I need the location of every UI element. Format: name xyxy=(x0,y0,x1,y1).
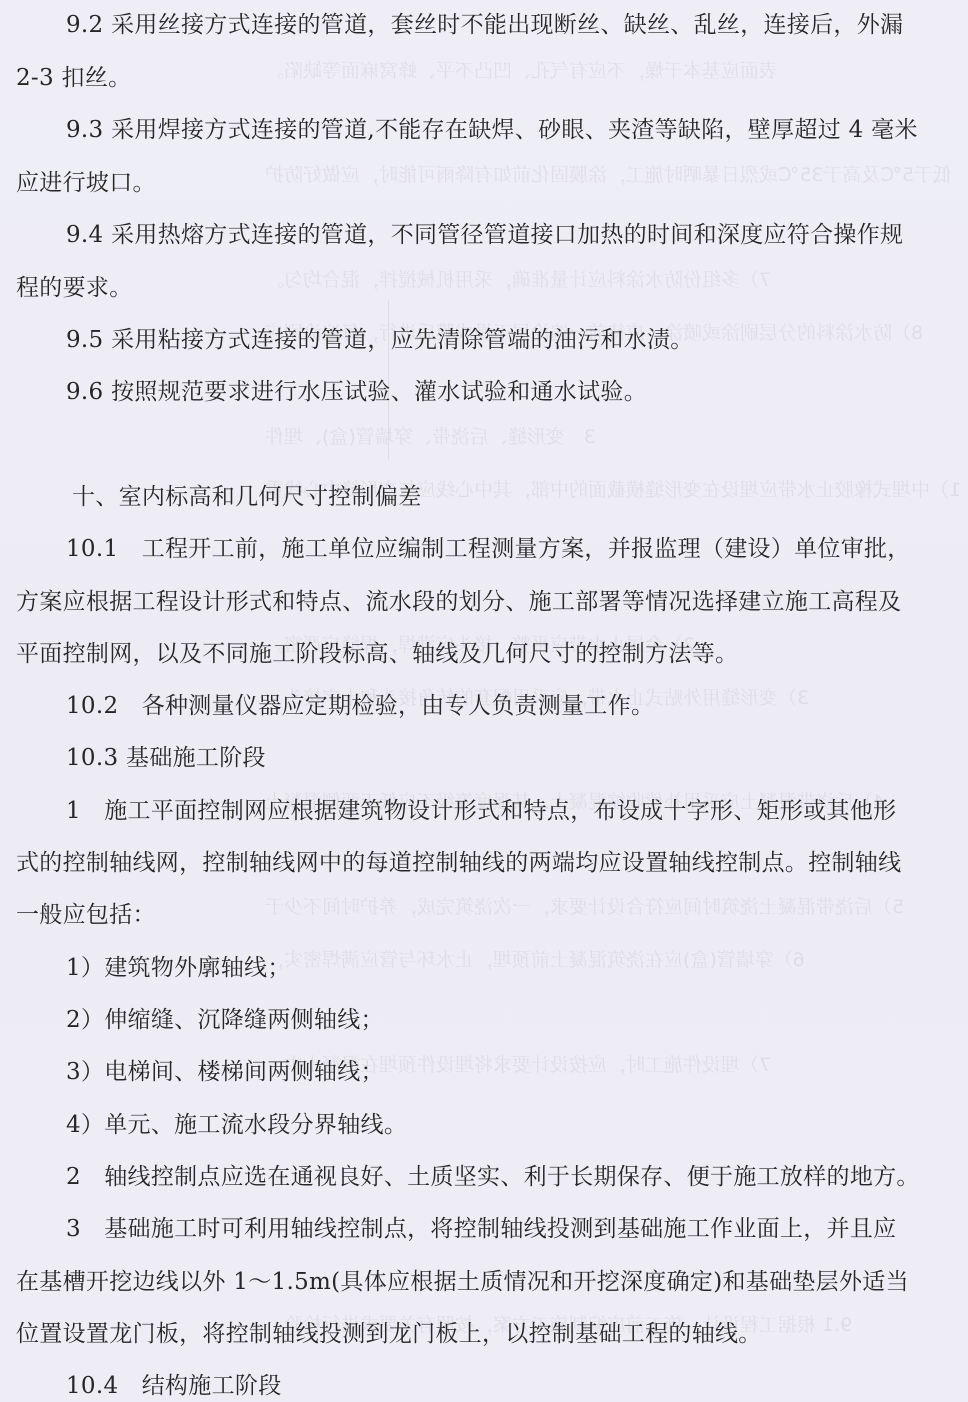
paragraph-line: 9.6 按照规范要求进行水压试验、灌水试验和通水试验。 xyxy=(66,377,647,407)
paragraph-line: 3 基础施工时可利用轴线控制点，将控制轴线投测到基础施工作业面上，并且应 xyxy=(66,1214,896,1244)
paragraph-line: 10.3 基础施工阶段 xyxy=(66,743,266,773)
paragraph-line: 10.2 各种测量仪器应定期检验，由专人负责测量工作。 xyxy=(66,691,654,721)
scanned-document-page: 表面应基本干燥，不应有气孔、凹凸不平、蜂窝麻面等缺陷。低于5℃及高于35℃或烈日… xyxy=(0,0,968,1402)
paragraph-line: 1）建筑物外廓轴线； xyxy=(66,953,291,983)
show-through-text: 表面应基本干燥，不应有气孔、凹凸不平、蜂窝麻面等缺陷。 xyxy=(265,56,778,83)
show-through-text: 7）多组份防水涂料应计量准确，采用机械搅拌，混合均匀。 xyxy=(265,265,771,292)
paragraph-line: 4）单元、施工流水段分界轴线。 xyxy=(66,1110,407,1140)
paragraph-line: 程的要求。 xyxy=(16,273,133,303)
paragraph-line: 9.4 采用热熔方式连接的管道，不同管径管道接口加热的时间和深度应符合操作规 xyxy=(66,220,903,250)
paragraph-line: 10.1 工程开工前，施工单位应编制工程测量方案，并报监理（建设）单位审批， xyxy=(66,534,911,564)
show-through-text: 5）后浇带混凝土浇筑时间应符合设计要求，一次浇筑完成，养护时间不少于 xyxy=(265,892,904,919)
paragraph-line: 式的控制轴线网，控制轴线网中的每道控制轴线的两端均应设置轴线控制点。控制轴线 xyxy=(16,848,901,878)
paragraph-line: 9.3 采用焊接方式连接的管道,不能存在缺焊、砂眼、夹渣等缺陷，壁厚超过 4 毫… xyxy=(66,115,918,145)
paragraph-line: 一般应包括： xyxy=(16,900,156,930)
section-heading: 十、室内标高和几何尺寸控制偏差 xyxy=(72,482,422,512)
show-through-text: 6）穿墙管(盒)应在浇筑混凝土前预埋，止水环与管应满焊密实， xyxy=(265,945,805,972)
paragraph-line: 9.2 采用丝接方式连接的管道，套丝时不能出现断丝、缺丝、乱丝，连接后，外漏 xyxy=(66,10,903,40)
paragraph-line: 应进行坡口。 xyxy=(16,168,156,198)
show-through-text: 低于5℃及高于35℃或烈日暴晒时施工，涂膜固化前如有降雨可能时，应做好防护 xyxy=(265,160,952,187)
paragraph-line: 2 轴线控制点应选在通视良好、土质坚实、利于长期保存、便于施工放样的地方。 xyxy=(66,1162,920,1192)
paragraph-line: 平面控制网，以及不同施工阶段标高、轴线及几何尺寸的控制方法等。 xyxy=(16,639,738,669)
paragraph-line: 10.4 结构施工阶段 xyxy=(66,1371,282,1401)
paragraph-line: 位置设置龙门板，将控制轴线投测到龙门板上，以控制基础工程的轴线。 xyxy=(16,1319,762,1349)
paragraph-line: 2）伸缩缝、沉降缝两侧轴线； xyxy=(66,1005,384,1035)
paragraph-line: 方案应根据工程设计形式和特点、流水段的划分、施工部署等情况选择建立施工高程及 xyxy=(16,587,901,617)
paragraph-line: 在基槽开挖边线以外 1～1.5m(具体应根据土质情况和开挖深度确定)和基础垫层外… xyxy=(16,1267,909,1297)
show-through-text: 3 变形缝、后浇带、穿墙管(盒)、埋件 xyxy=(265,422,596,449)
paragraph-line: 2-3 扣丝。 xyxy=(16,63,131,93)
paragraph-line: 1 施工平面控制网应根据建筑物设计形式和特点，布设成十字形、矩形或其他形 xyxy=(66,796,896,826)
paragraph-line: 9.5 采用粘接方式连接的管道，应先清除管端的油污和水渍。 xyxy=(66,325,694,355)
paragraph-line: 3）电梯间、楼梯间两侧轴线； xyxy=(66,1057,384,1087)
